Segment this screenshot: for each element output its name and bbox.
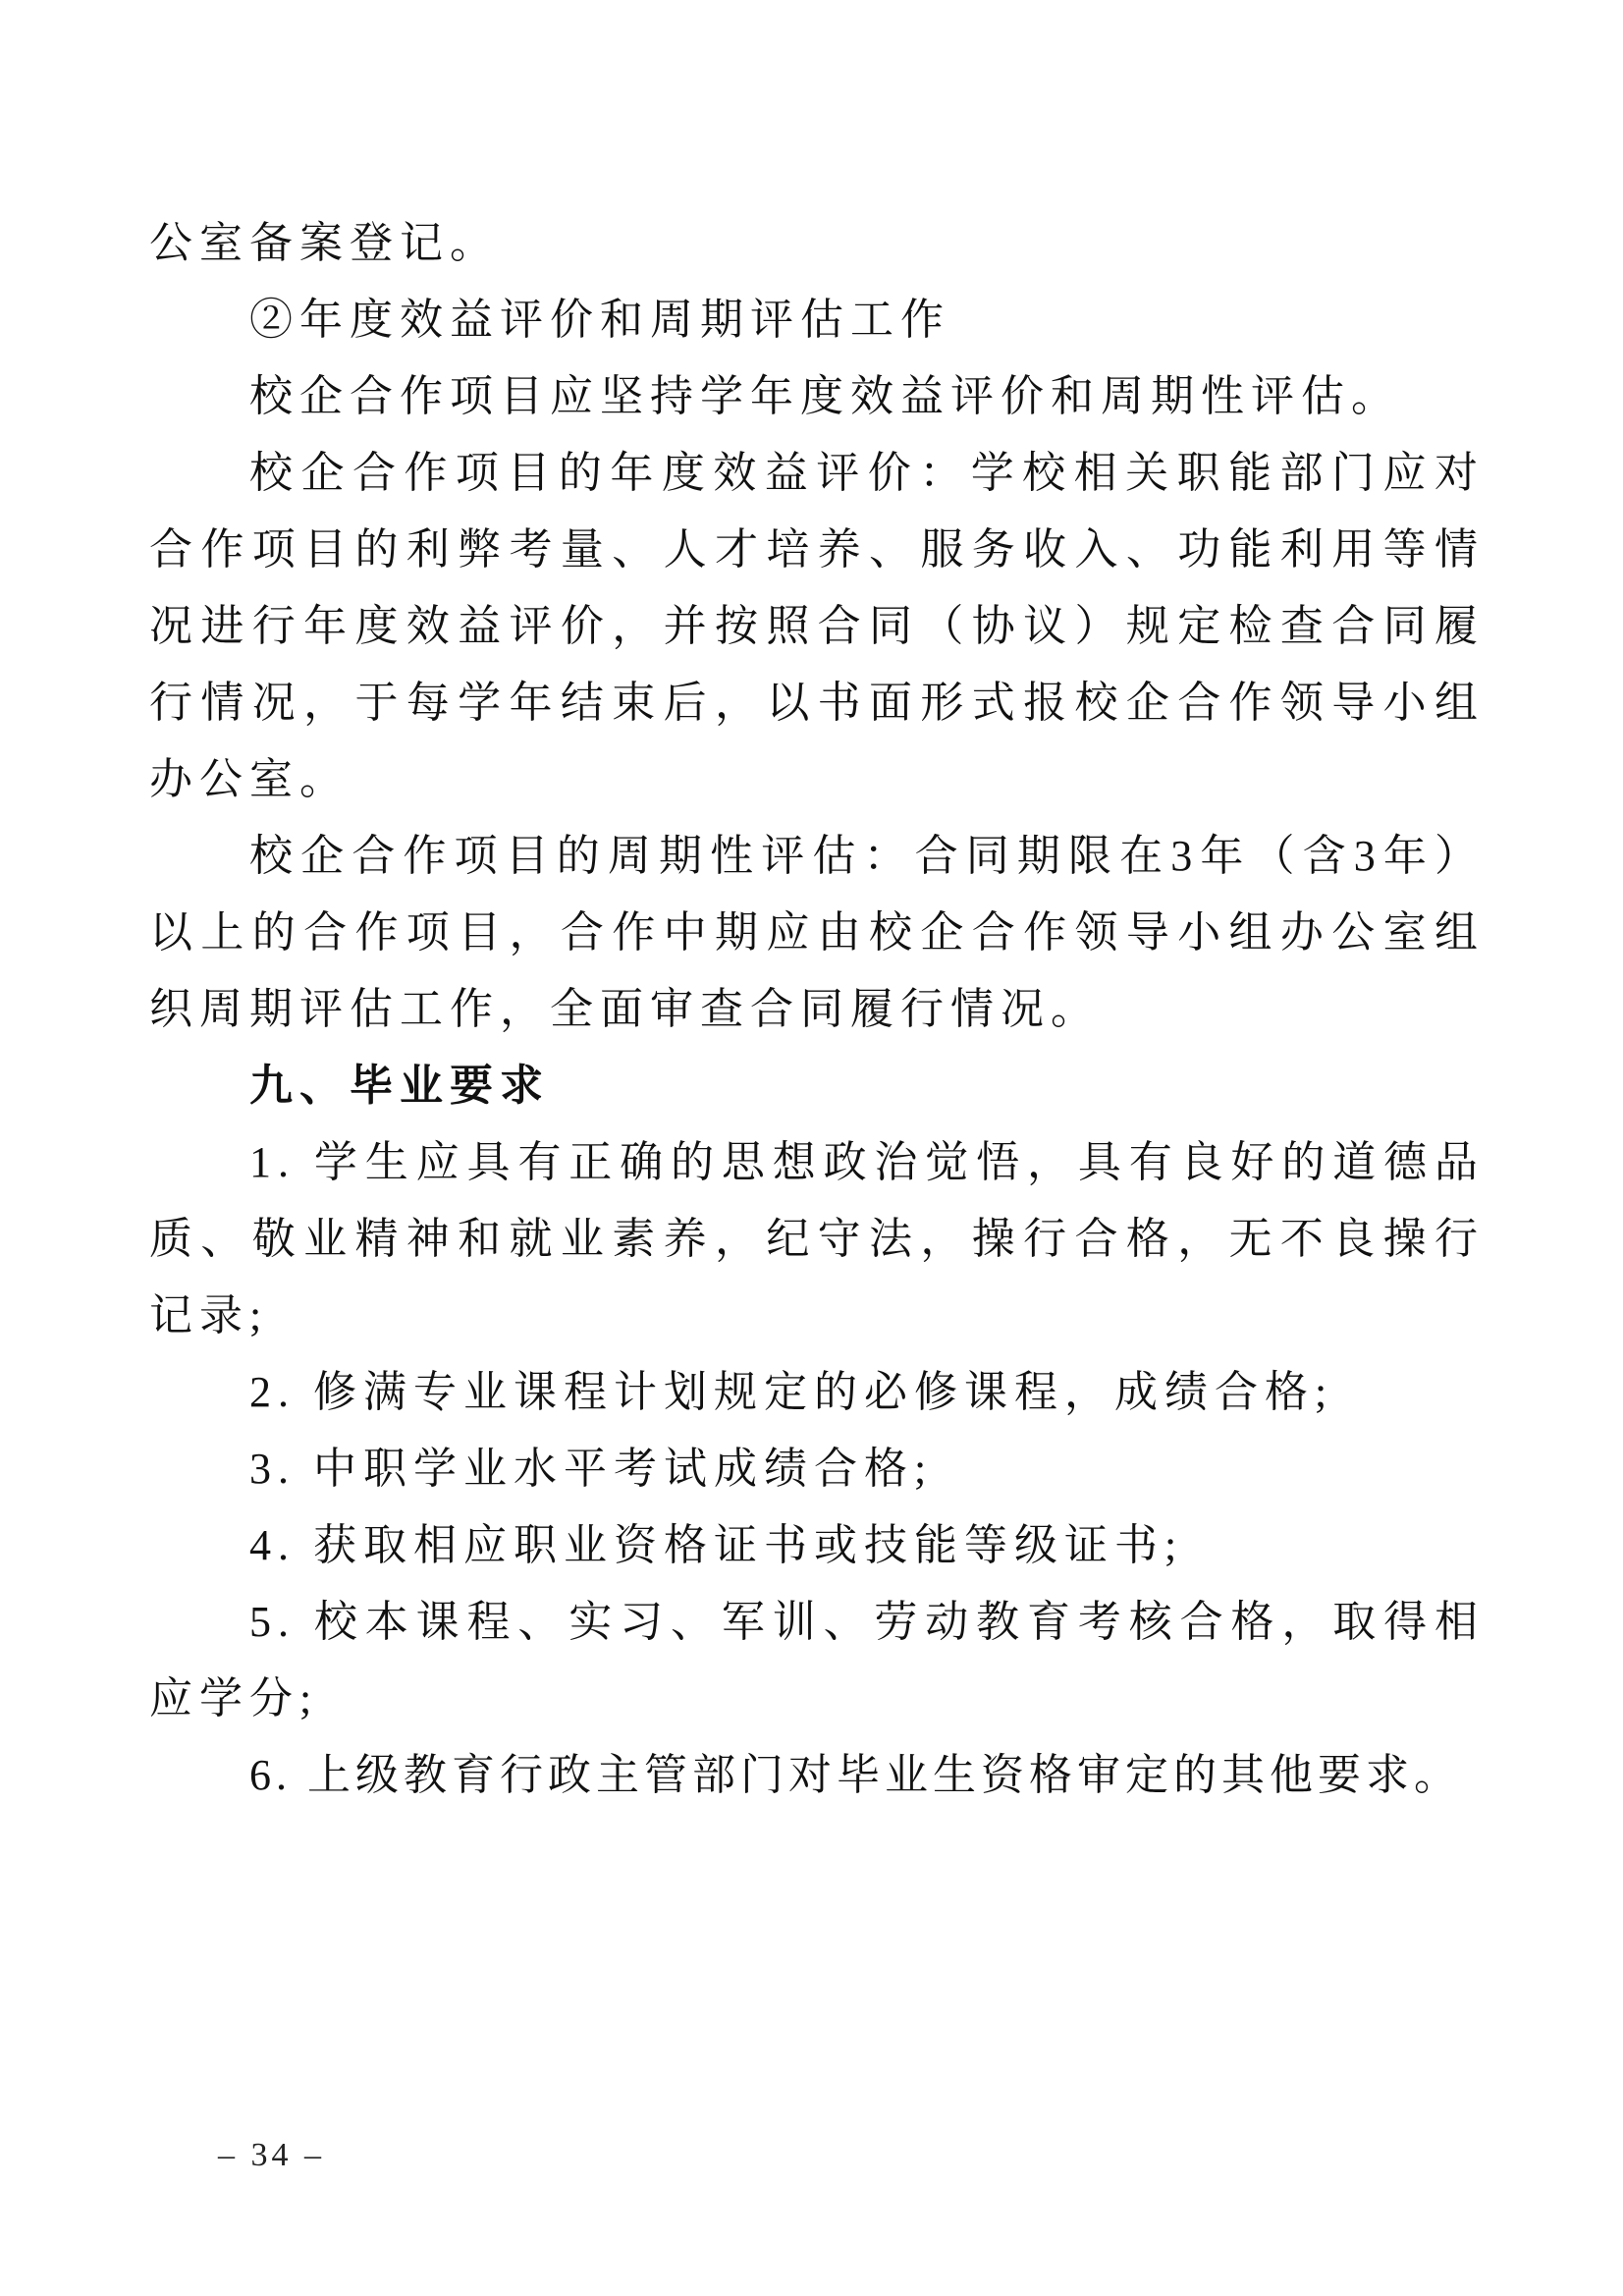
list-item-6: 6. 上级教育行政主管部门对毕业生资格审定的其他要求。: [149, 1737, 1485, 1814]
paragraph-annual-evaluation: 校企合作项目的年度效益评价：学校相关职能部门应对合作项目的利弊考量、人才培养、服…: [149, 435, 1485, 818]
list-item-5: 5. 校本课程、实习、军训、劳动教育考核合格，取得相应学分;: [149, 1584, 1485, 1737]
paragraph-evaluation-principle: 校企合作项目应坚持学年度效益评价和周期性评估。: [149, 358, 1485, 435]
document-body: 公室备案登记。 ②年度效益评价和周期评估工作 校企合作项目应坚持学年度效益评价和…: [149, 205, 1485, 1814]
paragraph-continuation: 公室备案登记。: [149, 205, 1485, 282]
paragraph-periodic-evaluation: 校企合作项目的周期性评估：合同期限在3年（含3年）以上的合作项目，合作中期应由校…: [149, 818, 1485, 1048]
list-item-2: 2. 修满专业课程计划规定的必修课程，成绩合格;: [149, 1354, 1485, 1431]
list-item-1: 1. 学生应具有正确的思想政治觉悟，具有良好的道德品质、敬业精神和就业素养，纪守…: [149, 1124, 1485, 1354]
paragraph-subsection-title: ②年度效益评价和周期评估工作: [149, 282, 1485, 358]
document-page: 公室备案登记。 ②年度效益评价和周期评估工作 校企合作项目应坚持学年度效益评价和…: [0, 0, 1623, 2296]
list-item-3: 3. 中职学业水平考试成绩合格;: [149, 1431, 1485, 1507]
page-number: – 34 –: [218, 2137, 325, 2174]
list-item-4: 4. 获取相应职业资格证书或技能等级证书;: [149, 1507, 1485, 1584]
section-heading-graduation-requirements: 九、毕业要求: [149, 1048, 1485, 1124]
